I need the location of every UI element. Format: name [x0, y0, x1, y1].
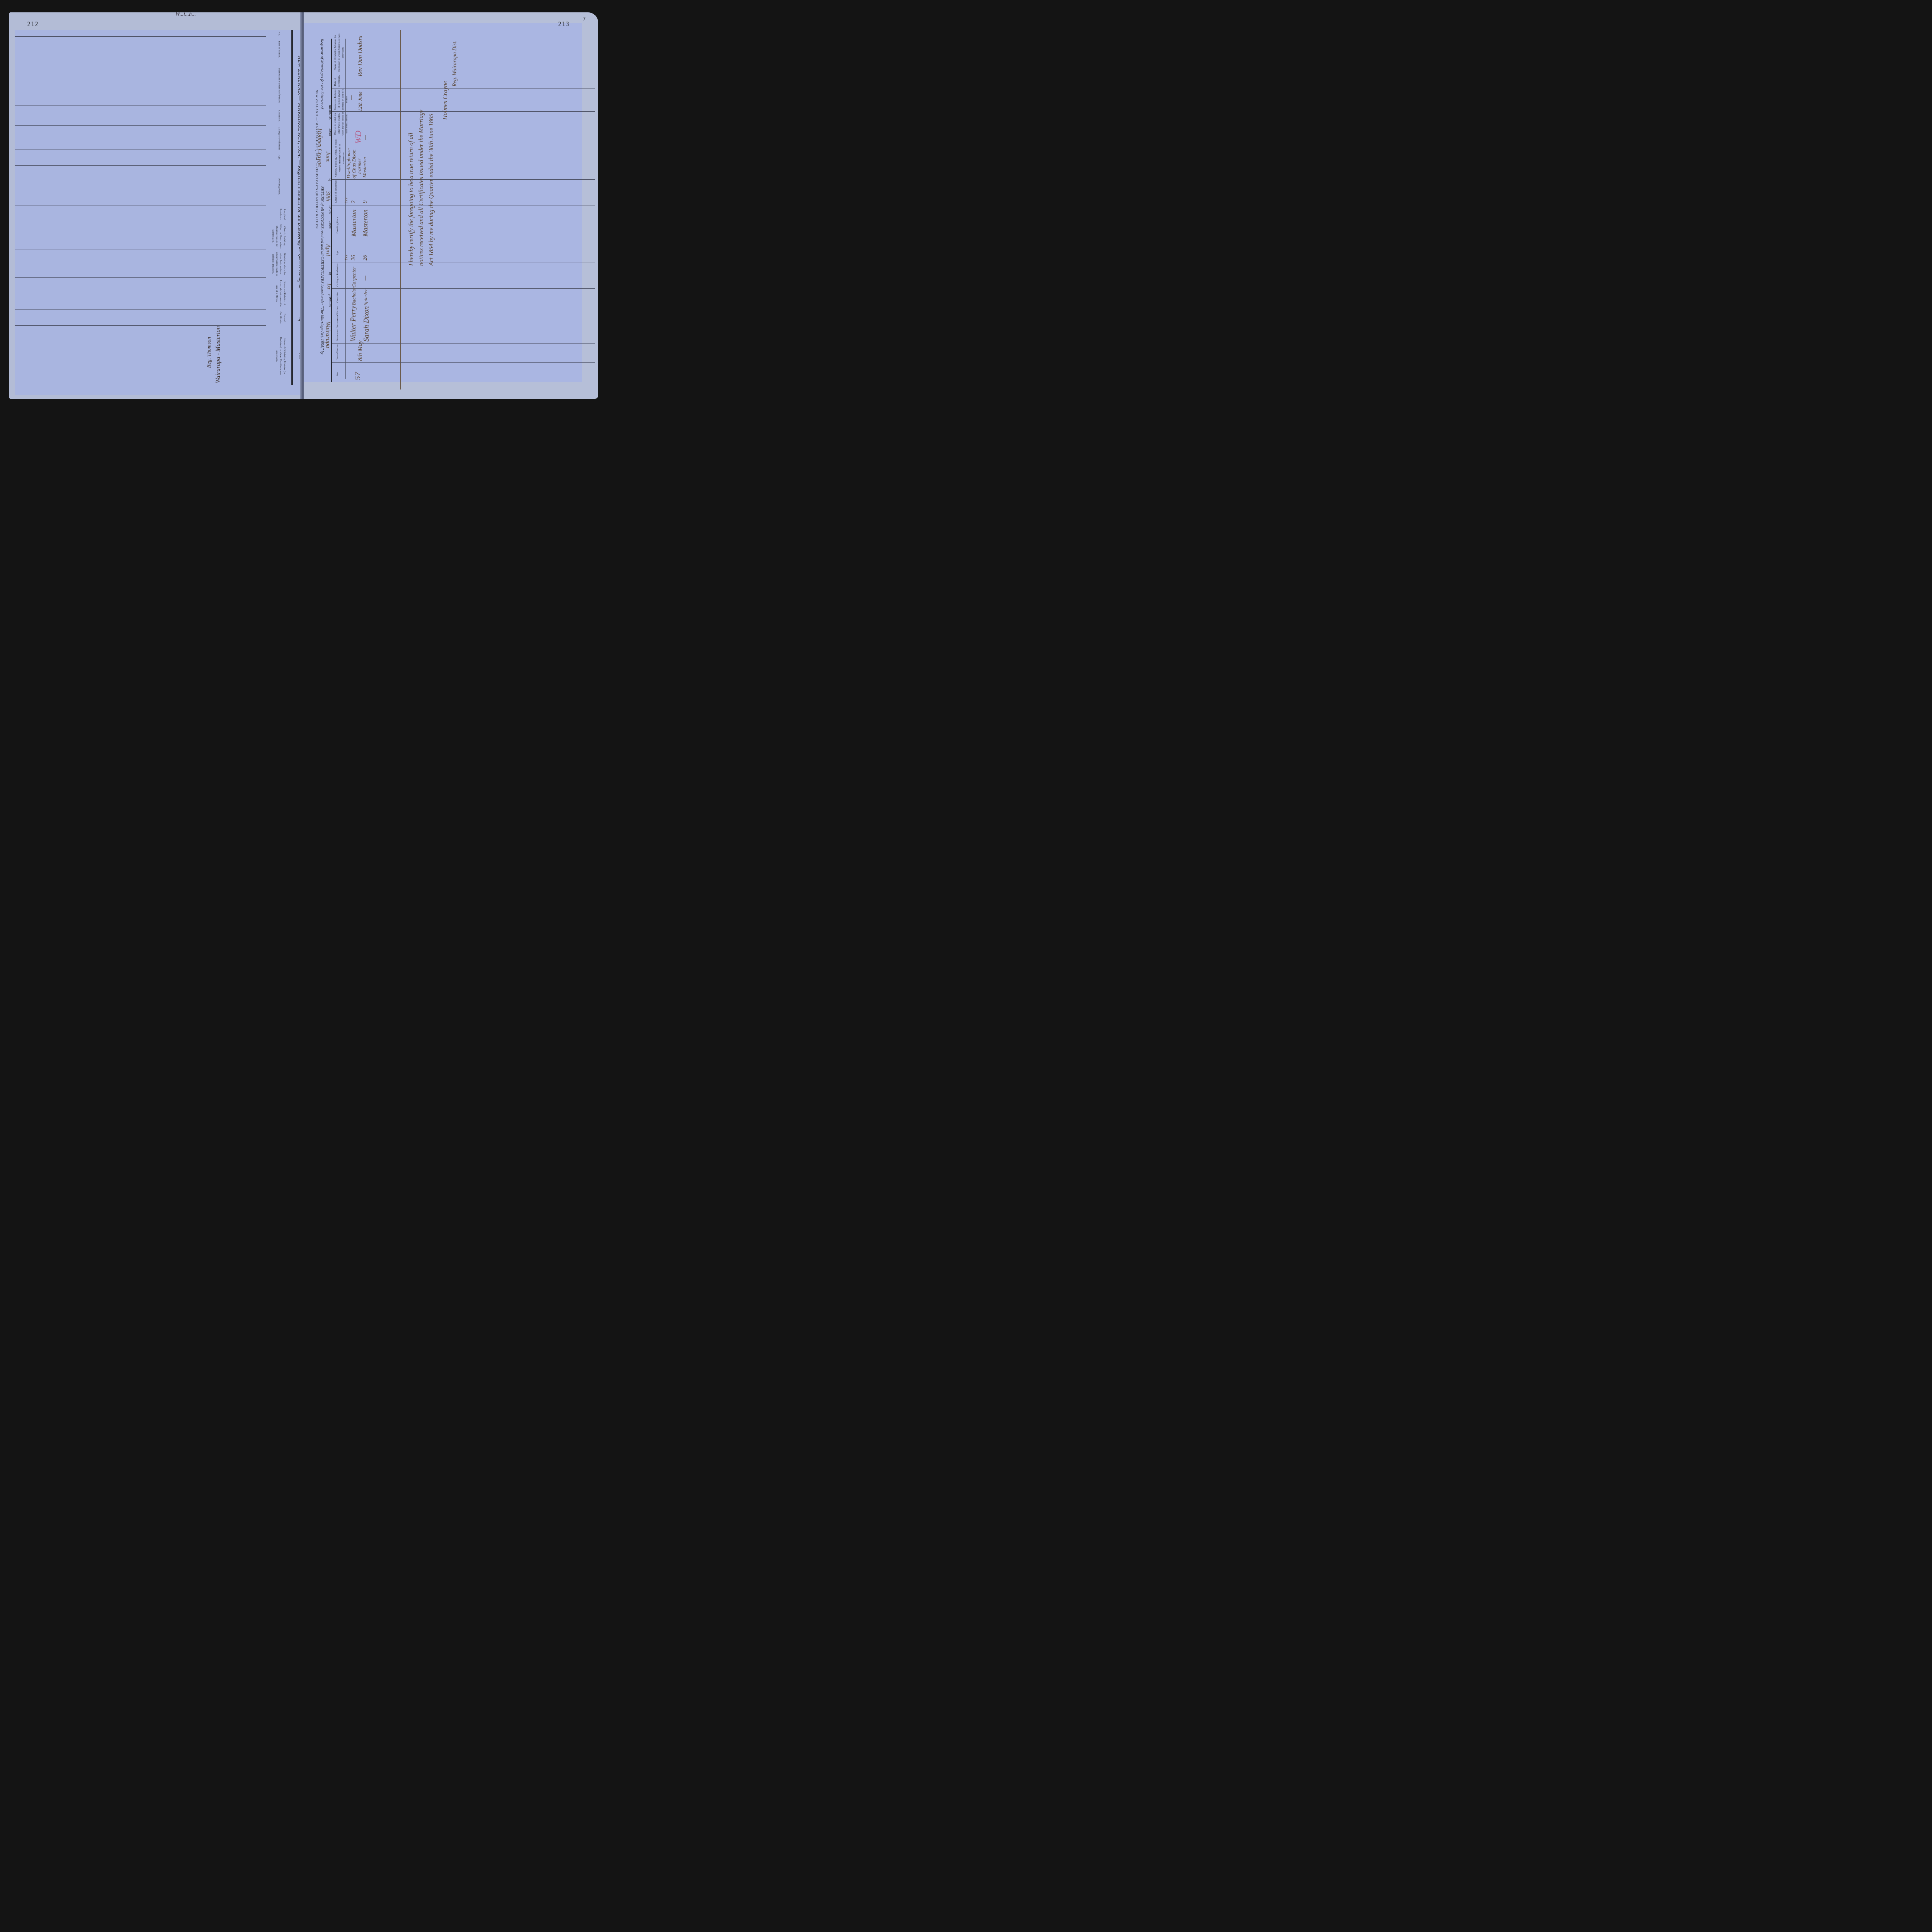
right-header-registrar-name: Holmes Crayne: [316, 128, 323, 167]
right-col-rule: [332, 88, 595, 88]
party1-age-unit: Yrs: [344, 255, 349, 260]
certificate-date: 12th June: [357, 92, 363, 111]
party2-condition: Spinster: [362, 289, 369, 305]
entry-number: 57: [352, 372, 362, 380]
right-col-rule: [332, 137, 595, 137]
right-header-suffix: Registrar of Marriages for the District …: [320, 39, 324, 109]
party1-residence: 2: [351, 201, 357, 203]
district-dash-2: —: [362, 135, 369, 140]
left-header-age: Age.: [277, 151, 281, 163]
certification-line2: notices received and all Certificates is…: [418, 109, 425, 266]
left-header-divider: [266, 30, 266, 385]
right-header-dwelling: Dwelling Place.: [335, 206, 339, 244]
left-col-rule: [15, 165, 266, 166]
officiating-minister: Rev Dan Dodsrs: [357, 36, 364, 77]
right-col-rule: [332, 246, 595, 246]
right-col-rule: [332, 179, 595, 180]
party2-profession: —: [362, 276, 369, 281]
right-header-length: Length of Residence.: [334, 179, 338, 204]
right-header-to-month: June: [325, 151, 331, 162]
left-col-rule: [15, 222, 266, 222]
left-col-rule: [15, 125, 266, 126]
party1-condition: Bachelor: [351, 287, 357, 305]
party2-age: 26: [362, 255, 369, 260]
left-heavy-rule: [291, 30, 293, 385]
page-number-right: 213: [558, 21, 570, 28]
left-col-rule: [15, 105, 266, 105]
red-ink-mark: WD: [353, 131, 363, 144]
right-header-age: Age.: [335, 246, 339, 260]
right-header-to-day: 30th: [325, 191, 331, 201]
left-annotation-registrar: Reg. Thomson: [206, 337, 213, 368]
top-scribble: W...i...h...: [175, 12, 196, 18]
registrar-signature: Holmes Crayne: [442, 81, 449, 120]
left-header-date: Date of Notice.: [277, 38, 281, 61]
right-header-district: Wairarapa: [324, 321, 331, 348]
right-header-from-day: 1st: [325, 283, 331, 289]
registrar-title: Reg. Wairarapa Dist.: [452, 41, 458, 87]
left-header-district: District in which the other Party reside…: [271, 251, 287, 277]
left-header-length: Length of Residence.: [279, 208, 287, 221]
party2-name: Sarah Dixon: [362, 306, 371, 342]
left-header-cert-date: Date of Certificate.: [279, 311, 287, 325]
party1-consent: —: [348, 95, 354, 100]
right-header-date: Date of Notice.: [335, 343, 339, 361]
left-col-rule: [15, 277, 266, 278]
right-header-consent: Name and Relation of Person giving conse…: [333, 88, 349, 111]
left-col-rule: [15, 36, 266, 37]
right-header-prefix: RETURN of all NOTICES received and all C…: [320, 186, 324, 354]
left-header-dwelling: Dwelling Place.: [277, 175, 281, 198]
right-header-church: Church, Building, Office, or Place, wher…: [334, 137, 345, 179]
right-header-calling: Calling or Profession.: [335, 262, 339, 287]
right-col-rule: [332, 262, 595, 262]
left-col-rule: [15, 325, 266, 326]
left-header-names: Names and Surnames of Parties.: [277, 66, 281, 105]
left-header-consent: Name and Relation of Person giving conse…: [275, 279, 287, 308]
right-header-district: District in which the other Party reside…: [333, 111, 349, 136]
right-header-from-month: April: [325, 244, 331, 256]
right-heavy-rule: [331, 39, 332, 382]
certification-line3: Act 1854 by me during the Quarter ended …: [428, 114, 435, 266]
right-header-minister: Name of Officiating Minister (or Registr…: [333, 29, 345, 76]
left-header-calling: Calling or Profession.: [277, 127, 281, 150]
right-header-condition: Condition.: [335, 288, 339, 305]
page-number-left: 212: [27, 21, 39, 28]
left-col-rule: [15, 206, 266, 206]
left-col-rule: [15, 150, 266, 150]
corner-mark: 7: [583, 16, 586, 22]
right-col-rule: [332, 288, 595, 289]
left-col-rule: [15, 309, 266, 310]
open-register-book: 212 W...i...h... No. Date of Notice. Nam…: [9, 12, 598, 399]
entry-date-of-notice: 8th May: [357, 340, 364, 361]
left-annotation-district: Wairarapa - Masterton: [215, 326, 222, 383]
party1-name: Walter Perry: [349, 306, 357, 342]
left-page-body: [15, 30, 303, 395]
party1-age: 26: [351, 255, 357, 260]
party2-residence: 9: [362, 201, 369, 203]
right-col-rule: [332, 343, 595, 344]
right-col-rule: [332, 206, 595, 206]
party1-residence-unit: Yrs: [344, 197, 349, 203]
right-col-rule: [332, 307, 595, 307]
right-col-rule: [332, 362, 595, 363]
left-col-rule: [15, 62, 266, 62]
place-line4: Masterton: [362, 157, 368, 178]
district-dash-1: —: [346, 135, 352, 140]
right-header-cert-date: Date of Certificate.: [333, 77, 341, 87]
party1-dwelling: Masterton: [350, 209, 358, 236]
certification-line1: I hereby certify the foregoing to be a t…: [408, 133, 415, 266]
party1-profession: Carpenter: [351, 267, 357, 287]
right-col-rule: [332, 111, 595, 112]
party2-consent: —: [362, 95, 369, 100]
left-header-no: No.: [277, 31, 281, 36]
right-header-names: Names and Surnames of Parties.: [335, 306, 339, 341]
left-header-church: Church, Building, Office, or Place, wher…: [271, 223, 287, 249]
left-header-minister: Name of Officiating Minister (or Registr…: [275, 333, 287, 379]
right-header-no: No.: [335, 370, 339, 378]
left-col-rule: [15, 250, 266, 250]
left-header-condition: Condition.: [277, 108, 281, 124]
right-entry-margin-rule: [400, 30, 401, 389]
party2-dwelling: Masterton: [362, 209, 369, 236]
